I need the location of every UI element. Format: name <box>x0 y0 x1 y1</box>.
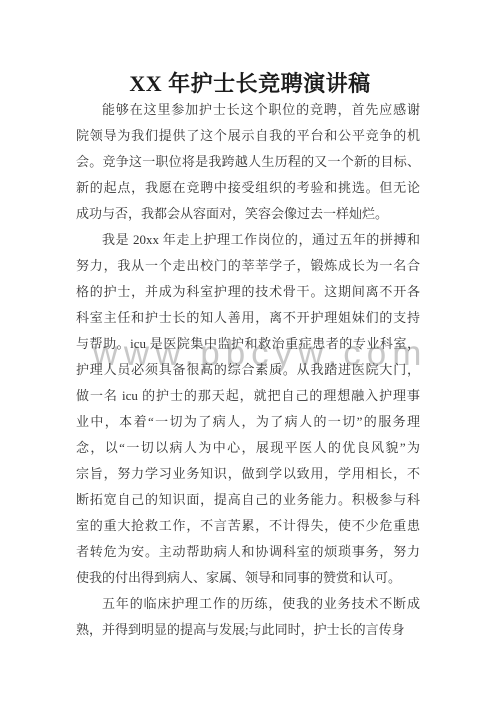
text-line: 努力，我从一个走出校门的莘莘学子，锻炼成长为一名合 <box>76 253 420 279</box>
text-line: 断拓宽自己的知识面，提高自己的业务能力。积极参与科 <box>76 487 420 513</box>
text-line: 护理人员必须具备很高的综合素质。从我踏进医院大门， <box>76 357 420 383</box>
text-line: 与帮助。icu 是医院集中监护和救治重症患者的专业科室， <box>76 331 420 357</box>
text-line: 能够在这里参加护士长这个职位的竞聘，首先应感谢 <box>76 97 420 123</box>
text-line: 五年的临床护理工作的历练，使我的业务技术不断成 <box>76 591 420 617</box>
text-line: 格的护士，并成为科室护理的技术骨干。这期间离不开各 <box>76 279 420 305</box>
text-line: 我是 20xx 年走上护理工作岗位的，通过五年的拼搏和 <box>76 227 420 253</box>
text-line: 者转危为安。主动帮助病人和协调科室的烦琐事务，努力 <box>76 539 420 565</box>
text-line: 新的起点，我愿在竞聘中接受组织的考验和挑选。但无论 <box>76 175 420 201</box>
text-line: 成功与否，我都会从容面对，笑容会像过去一样灿烂。 <box>76 201 420 227</box>
text-line: 宗旨，努力学习业务知识，做到学以致用，学用相长，不 <box>76 461 420 487</box>
text-line: 做一名 icu 的护士的那天起，就把自己的理想融入护理事 <box>76 383 420 409</box>
text-line: 院领导为我们提供了这个展示自我的平台和公平竞争的机 <box>76 123 420 149</box>
document-page: www.pbcyw.com XX 年护士长竞聘演讲稿 能够在这里参加护士长这个职… <box>0 0 500 708</box>
text-line: 会。竞争这一职位将是我跨越人生历程的又一个新的目标、 <box>76 149 420 175</box>
text-line: 熟，并得到明显的提高与发展;与此同时，护士长的言传身 <box>76 617 420 643</box>
text-line: 室的重大抢救工作，不言苦累，不计得失，使不少危重患 <box>76 513 420 539</box>
text-line: 业中，本着“一切为了病人，为了病人的一切”的服务理 <box>76 409 420 435</box>
document-body: 能够在这里参加护士长这个职位的竞聘，首先应感谢院领导为我们提供了这个展示自我的平… <box>76 97 420 643</box>
text-line: 念，以“一切以病人为中心，展现平医人的优良风貌”为 <box>76 435 420 461</box>
text-line: 使我的付出得到病人、家属、领导和同事的赞赏和认可。 <box>76 565 420 591</box>
text-line: 科室主任和护士长的知人善用，离不开护理姐妹们的支持 <box>76 305 420 331</box>
document-title: XX 年护士长竞聘演讲稿 <box>0 69 500 99</box>
